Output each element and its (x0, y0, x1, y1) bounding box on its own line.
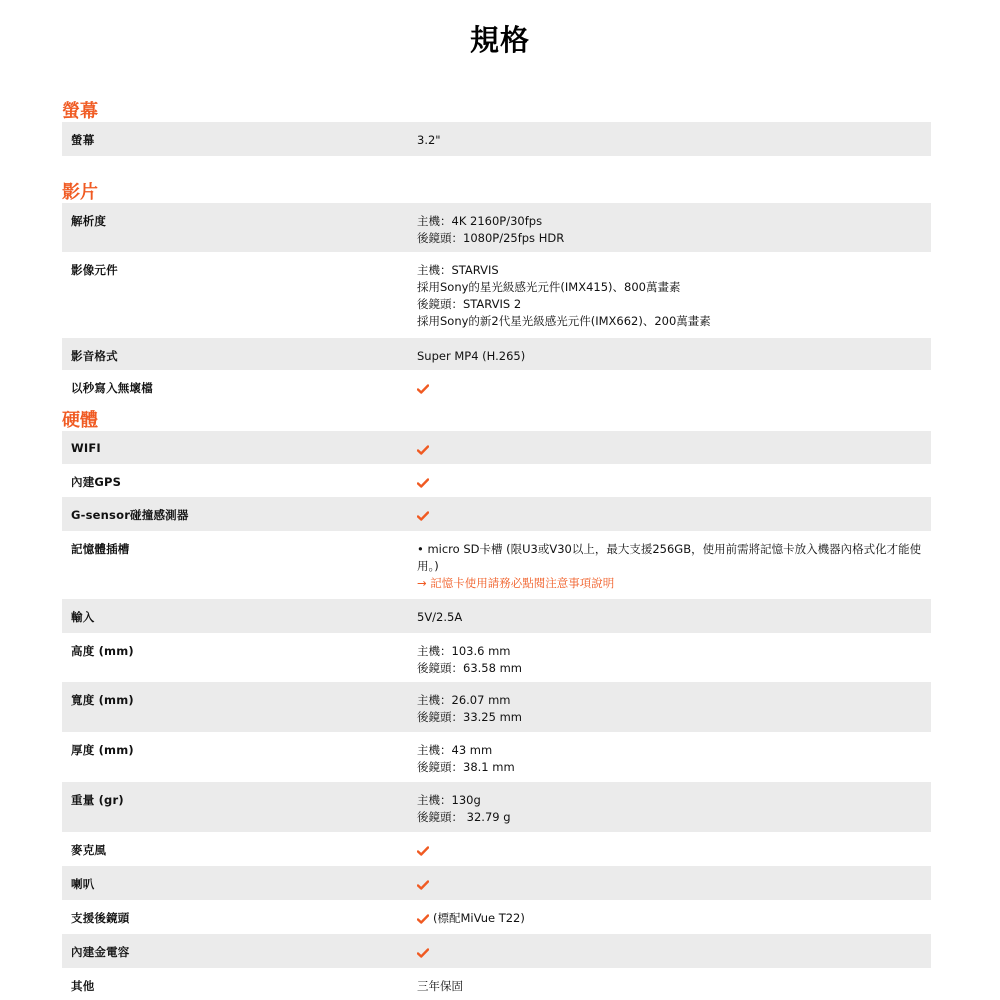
spec-row-microphone: 麥克風 (62, 832, 931, 866)
spec-label: 厚度 (mm) (71, 742, 401, 758)
checkmark-icon (417, 511, 429, 521)
spec-value: 5V/2.5A (417, 609, 922, 626)
spec-row-height: 高度 (mm) 主機：103.6 mm 後鏡頭：63.58 mm (62, 633, 931, 682)
spec-label: 麥克風 (71, 842, 401, 858)
spec-label: 支援後鏡頭 (71, 910, 401, 926)
spec-row-wifi: WIFI (62, 431, 931, 464)
spec-label: 影像元件 (71, 262, 401, 278)
rear-camera-note: (標配MiVue T22) (433, 911, 525, 925)
spec-value (417, 474, 922, 491)
spec-value (417, 944, 922, 961)
spec-value (417, 441, 922, 458)
checkmark-icon (417, 478, 429, 488)
checkmark-icon (417, 914, 429, 924)
checkmark-icon (417, 384, 429, 394)
page-title: 規格 (0, 18, 1000, 59)
spec-label: 喇叭 (71, 876, 401, 892)
spec-row-input: 輸入 5V/2.5A (62, 599, 931, 633)
spec-value: 主機：130g 後鏡頭： 32.79 g (417, 792, 922, 826)
spec-value (417, 507, 922, 524)
memory-card-notice-link[interactable]: → 記憶卡使用請務必點閱注意事項說明 (417, 575, 922, 592)
spec-row-supercapacitor: 內建金電容 (62, 934, 931, 968)
spec-value (417, 842, 922, 859)
spec-row-resolution: 解析度 主機：4K 2160P/30fps 後鏡頭：1080P/25fps HD… (62, 203, 931, 252)
spec-label: 記憶體插槽 (71, 541, 401, 557)
spec-row-gps: 內建GPS (62, 464, 931, 497)
spec-value: • micro SD卡槽 (限U3或V30以上，最大支援256GB，使用前需將記… (417, 541, 922, 592)
spec-label: 內建GPS (71, 474, 401, 490)
spec-row-weight: 重量 (gr) 主機：130g 後鏡頭： 32.79 g (62, 782, 931, 832)
spec-row-thickness: 厚度 (mm) 主機：43 mm 後鏡頭：38.1 mm (62, 732, 931, 782)
spec-value: (標配MiVue T22) (417, 910, 922, 927)
spec-value: 三年保固 (417, 978, 922, 995)
spec-value: 主機：43 mm 後鏡頭：38.1 mm (417, 742, 922, 776)
section-title-hardware: 硬體 (62, 406, 98, 432)
spec-label: 內建金電容 (71, 944, 401, 960)
spec-label: 影音格式 (71, 348, 401, 364)
spec-label: 解析度 (71, 213, 401, 229)
spec-value: 3.2" (417, 132, 922, 149)
spec-value: 主機：4K 2160P/30fps 後鏡頭：1080P/25fps HDR (417, 213, 922, 247)
section-title-screen: 螢幕 (62, 97, 98, 123)
spec-label: 高度 (mm) (71, 643, 401, 659)
spec-row-width: 寬度 (mm) 主機：26.07 mm 後鏡頭：33.25 mm (62, 682, 931, 732)
checkmark-icon (417, 880, 429, 890)
spec-row-image-sensor: 影像元件 主機：STARVIS 採用Sony的星光級感光元件(IMX415)、8… (62, 252, 931, 338)
spec-value (417, 380, 922, 397)
checkmark-icon (417, 948, 429, 958)
spec-value: 主機：26.07 mm 後鏡頭：33.25 mm (417, 692, 922, 726)
spec-value (417, 876, 922, 893)
checkmark-icon (417, 445, 429, 455)
spec-row-speaker: 喇叭 (62, 866, 931, 900)
spec-row-memory-slot: 記憶體插槽 • micro SD卡槽 (限U3或V30以上，最大支援256GB，… (62, 531, 931, 599)
spec-row-g-sensor: G-sensor碰撞感測器 (62, 497, 931, 531)
spec-value: 主機：103.6 mm 後鏡頭：63.58 mm (417, 643, 922, 677)
spec-label: 輸入 (71, 609, 401, 625)
spec-row-screen: 螢幕 3.2" (62, 122, 931, 156)
spec-label: 其他 (71, 978, 401, 994)
spec-label: 重量 (gr) (71, 792, 401, 808)
spec-row-no-corrupt-file: 以秒寫入無壞檔 (62, 370, 931, 400)
spec-row-rear-camera: 支援後鏡頭 (標配MiVue T22) (62, 900, 931, 934)
spec-label: 螢幕 (71, 132, 401, 148)
checkmark-icon (417, 846, 429, 856)
spec-label: 以秒寫入無壞檔 (71, 380, 401, 396)
spec-value: Super MP4 (H.265) (417, 348, 922, 365)
spec-row-video-format: 影音格式 Super MP4 (H.265) (62, 338, 931, 370)
spec-label: G-sensor碰撞感測器 (71, 507, 401, 523)
spec-label: 寬度 (mm) (71, 692, 401, 708)
spec-row-other: 其他 三年保固 (62, 968, 931, 1000)
spec-value: 主機：STARVIS 採用Sony的星光級感光元件(IMX415)、800萬畫素… (417, 262, 922, 330)
section-title-video: 影片 (62, 178, 98, 204)
spec-label: WIFI (71, 441, 401, 455)
